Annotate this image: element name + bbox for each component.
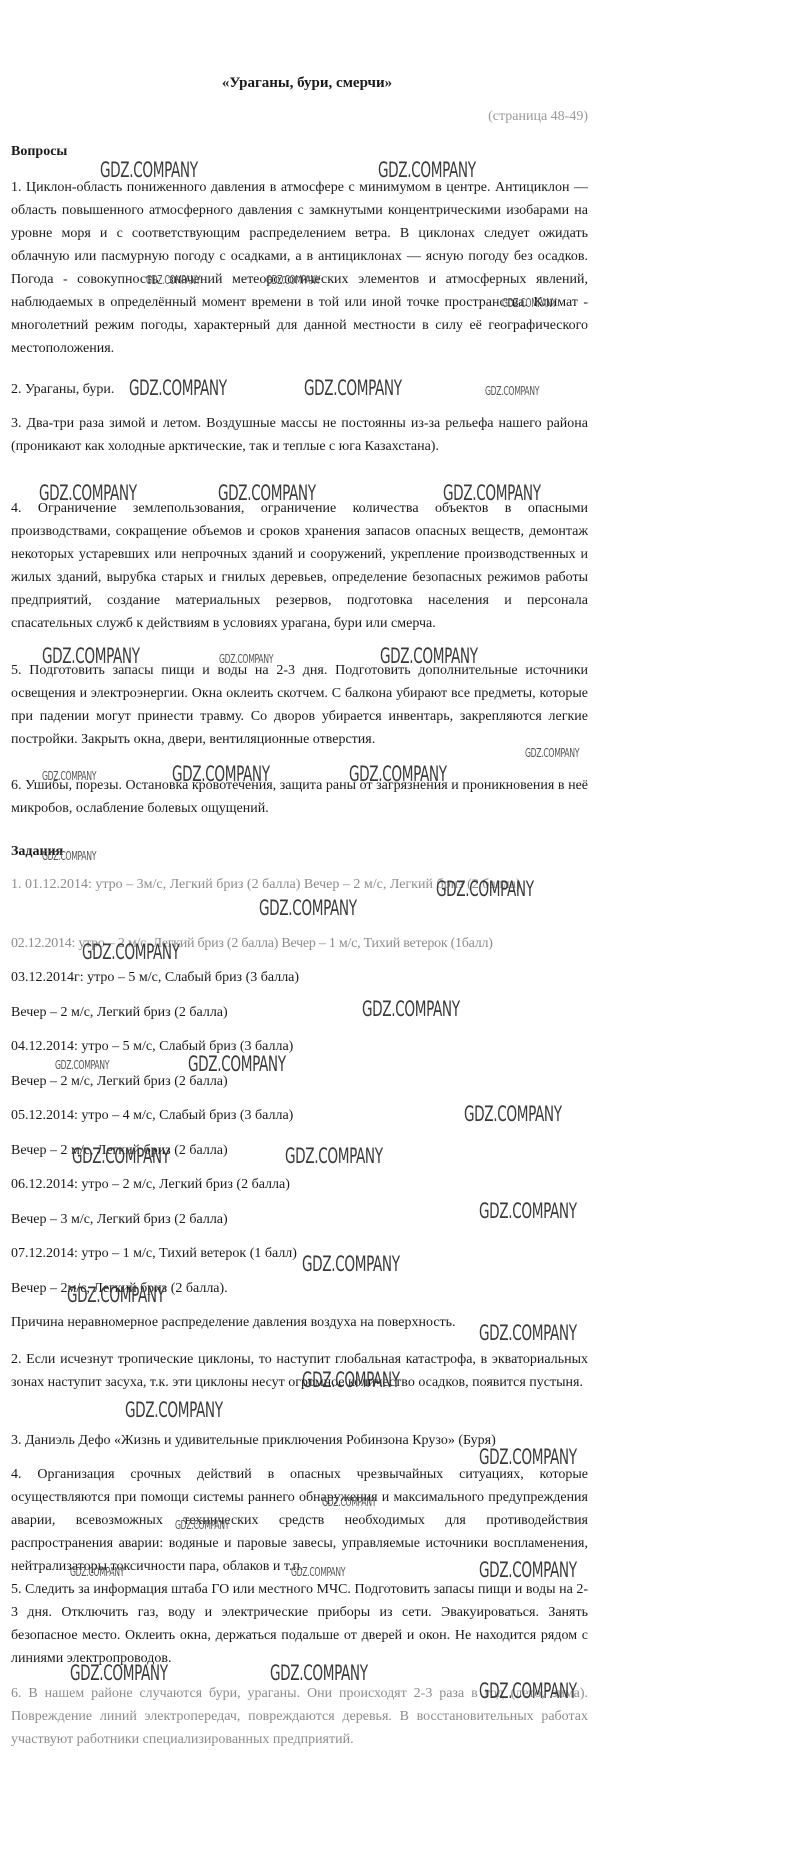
document-title: «Ураганы, бури, смерчи» [207, 72, 407, 95]
watermark: GDZ.COMPANY [259, 896, 357, 920]
question-answer-6: 6. Ушибы, порезы. Остановка кровотечения… [11, 774, 588, 820]
watermark: GDZ.COMPANY [125, 1398, 223, 1422]
task-answer-5: 5. Следить за информация штаба ГО или ме… [11, 1578, 588, 1670]
task-answer-6: 6. В нашем районе случаются бури, ураган… [11, 1682, 588, 1751]
question-answer-1: 1. Циклон-область пониженного давления в… [11, 176, 588, 360]
task-weather-line-7: 05.12.2014: утро – 4 м/с, Слабый бриз (3… [11, 1104, 293, 1127]
question-answer-3: 3. Два-три раза зимой и летом. Воздушные… [11, 412, 588, 458]
task-weather-line-6: Вечер – 2 м/с, Легкий бриз (2 балла) [11, 1070, 228, 1093]
task-weather-line-11: 07.12.2014: утро – 1 м/с, Тихий ветерок … [11, 1242, 297, 1265]
task-weather-line-5: 04.12.2014: утро – 5 м/с, Слабый бриз (3… [11, 1035, 293, 1058]
question-answer-5: 5. Подготовить запасы пищи и воды на 2-3… [11, 659, 588, 751]
watermark: GDZ.COMPANY [464, 1102, 562, 1126]
watermark: GDZ.COMPANY [479, 1321, 577, 1345]
page-reference: (страница 48-49) [488, 105, 588, 128]
watermark: GDZ.COMPANY [479, 1199, 577, 1223]
task-weather-line-9: 06.12.2014: утро – 2 м/с, Легкий бриз (2… [11, 1173, 290, 1196]
watermark: GDZ.COMPANY [302, 1252, 400, 1276]
task-answer-4: 4. Организация срочных действий в опасны… [11, 1463, 588, 1578]
task-weather-line-12: Вечер – 2м/с, Легкий бриз (2 балла). [11, 1277, 228, 1300]
task-weather-conclusion: Причина неравномерное распределение давл… [11, 1311, 456, 1334]
task-weather-line-2: 02.12.2014: утро – 2 м/с, Легкий бриз (2… [11, 932, 493, 955]
task-answer-3: 3. Даниэль Дефо «Жизнь и удивительные пр… [11, 1429, 496, 1452]
watermark: GDZ.COMPANY [362, 997, 460, 1021]
task-weather-line-1: 1. 01.12.2014: утро – 3м/с, Легкий бриз … [11, 873, 588, 896]
watermark: GDZ.COMPANY [285, 1144, 383, 1168]
task-weather-line-8: Вечер – 2 м/с, Легкий бриз (2 балла) [11, 1139, 228, 1162]
task-weather-line-10: Вечер – 3 м/с, Легкий бриз (2 балла) [11, 1208, 228, 1231]
questions-heading: Вопросы [11, 140, 67, 163]
task-answer-2: 2. Если исчезнут тропические циклоны, то… [11, 1348, 588, 1394]
tasks-heading: Задания [11, 840, 63, 863]
question-answer-4: 4. Ограничение землепользования, огранич… [11, 497, 588, 635]
task-weather-line-4: Вечер – 2 м/с, Легкий бриз (2 балла) [11, 1001, 228, 1024]
task-weather-line-3: 03.12.2014г: утро – 5 м/с, Слабый бриз (… [11, 966, 299, 989]
question-answer-2: 2. Ураганы, бури. [11, 378, 588, 401]
